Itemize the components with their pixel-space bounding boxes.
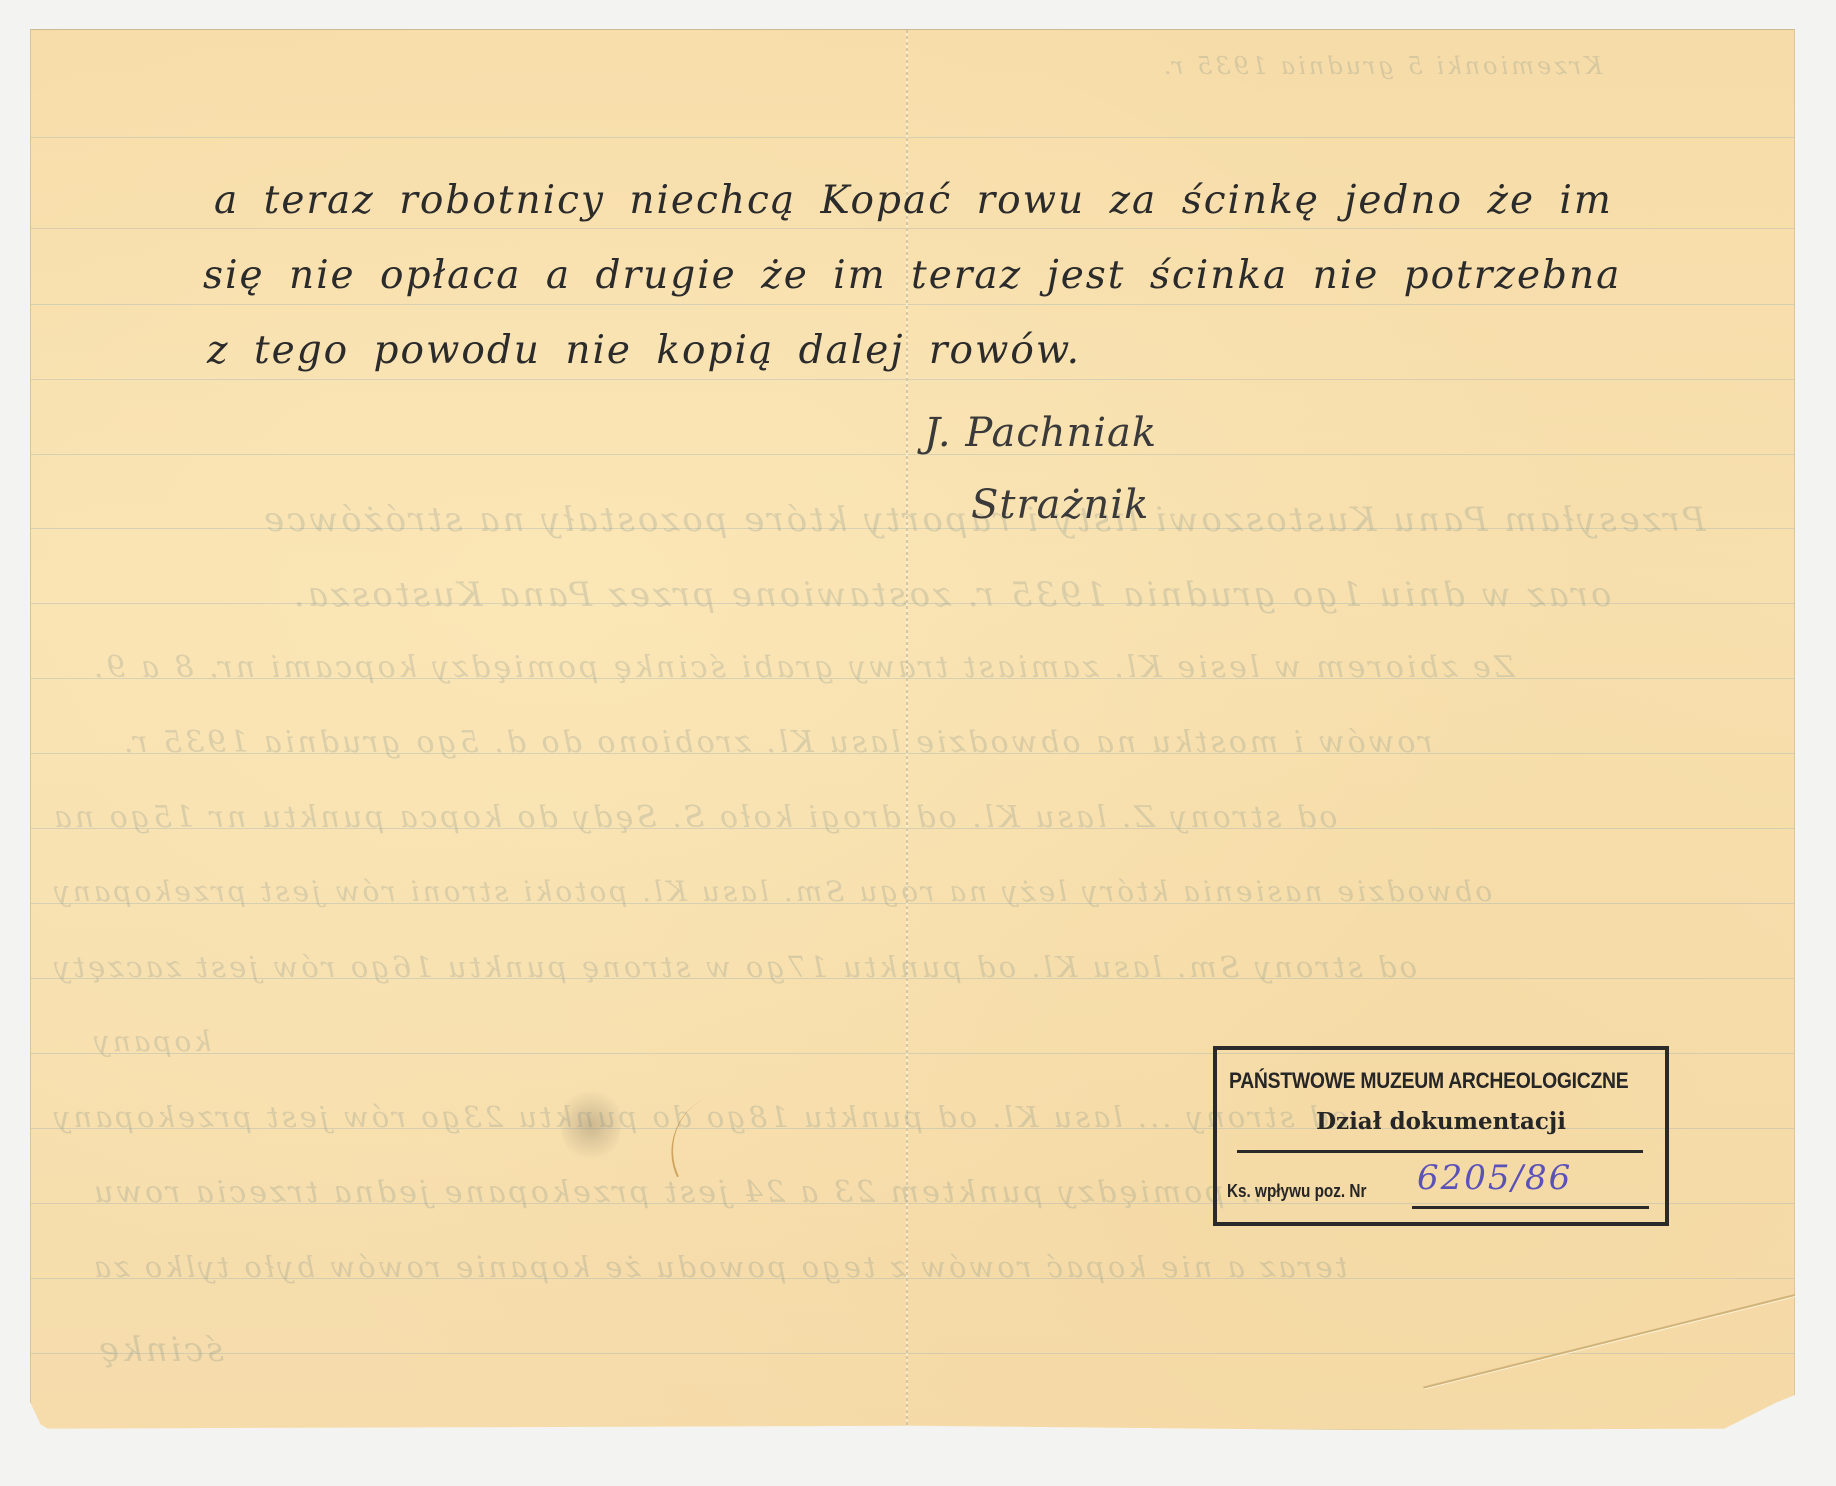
ruled-line xyxy=(31,228,1794,229)
stamp-reference-label: Ks. wpływu poz. Nr xyxy=(1227,1181,1366,1202)
stamp-reference-number: 6205/86 xyxy=(1417,1158,1572,1198)
bleed-through-line: od strony ... lasu Kl. od punktu 18go do… xyxy=(51,1100,1349,1134)
archive-stamp: PAŃSTWOWE MUZEUM ARCHEOLOGICZNE Dział do… xyxy=(1213,1046,1669,1226)
handwritten-line-1: a teraz robotnicy niechcą Kopać rowu za … xyxy=(214,178,1613,223)
bleed-through-line: Ze zbiorem w lesie Kl. zamiast trawy gra… xyxy=(91,650,1515,685)
signature-name: J. Pachniak xyxy=(924,410,1157,456)
handwritten-line-3: z tego powodu nie kopią dalej rowów. xyxy=(207,328,1081,373)
signature-title: Strażnik xyxy=(971,482,1149,528)
bleed-through-line: od strony Sm. lasu Kl. od punktu 17go w … xyxy=(51,950,1417,984)
stamp-divider xyxy=(1237,1150,1643,1153)
stamp-institution: PAŃSTWOWE MUZEUM ARCHEOLOGICZNE xyxy=(1229,1068,1628,1094)
bleed-through-line: od strony Z. lasu Kl. od drogi koło S. S… xyxy=(51,800,1337,835)
bleed-through-line: kopany xyxy=(91,1025,211,1058)
handwritten-line-2: się nie opłaca a drugie że im teraz jest… xyxy=(203,253,1621,298)
ruled-line xyxy=(31,1353,1794,1354)
bleed-through-line: ... pomiędzy punktem 23 a 24 jest przeko… xyxy=(91,1175,1275,1210)
stamp-department: Dział dokumentacji xyxy=(1217,1108,1665,1135)
bleed-through-line: teraz a nie kopać rowów z tego powodu że… xyxy=(91,1250,1347,1284)
bleed-through-line: ścinkę xyxy=(96,1330,224,1370)
ruled-line xyxy=(31,137,1794,138)
letter-sheet: Krzemionki 5 grudnia 1935 r. Przesyłam P… xyxy=(30,29,1795,1430)
bleed-through-line: rowów i mostku na obwodzie lasu Kl. zrob… xyxy=(121,725,1433,760)
ruled-line xyxy=(31,379,1794,380)
paper-crease xyxy=(1423,1285,1831,1389)
ruled-line xyxy=(31,304,1794,305)
bleed-through-header: Krzemionki 5 grudnia 1935 r. xyxy=(1161,52,1602,80)
stamp-reference-line xyxy=(1412,1206,1649,1209)
bleed-through-line: obwodzie nasienia który leży na rogu Sm.… xyxy=(51,875,1492,908)
bleed-through-line: oraz w dniu 1go grudnia 1935 r. zostawio… xyxy=(291,575,1612,615)
ruled-line xyxy=(31,454,1794,455)
